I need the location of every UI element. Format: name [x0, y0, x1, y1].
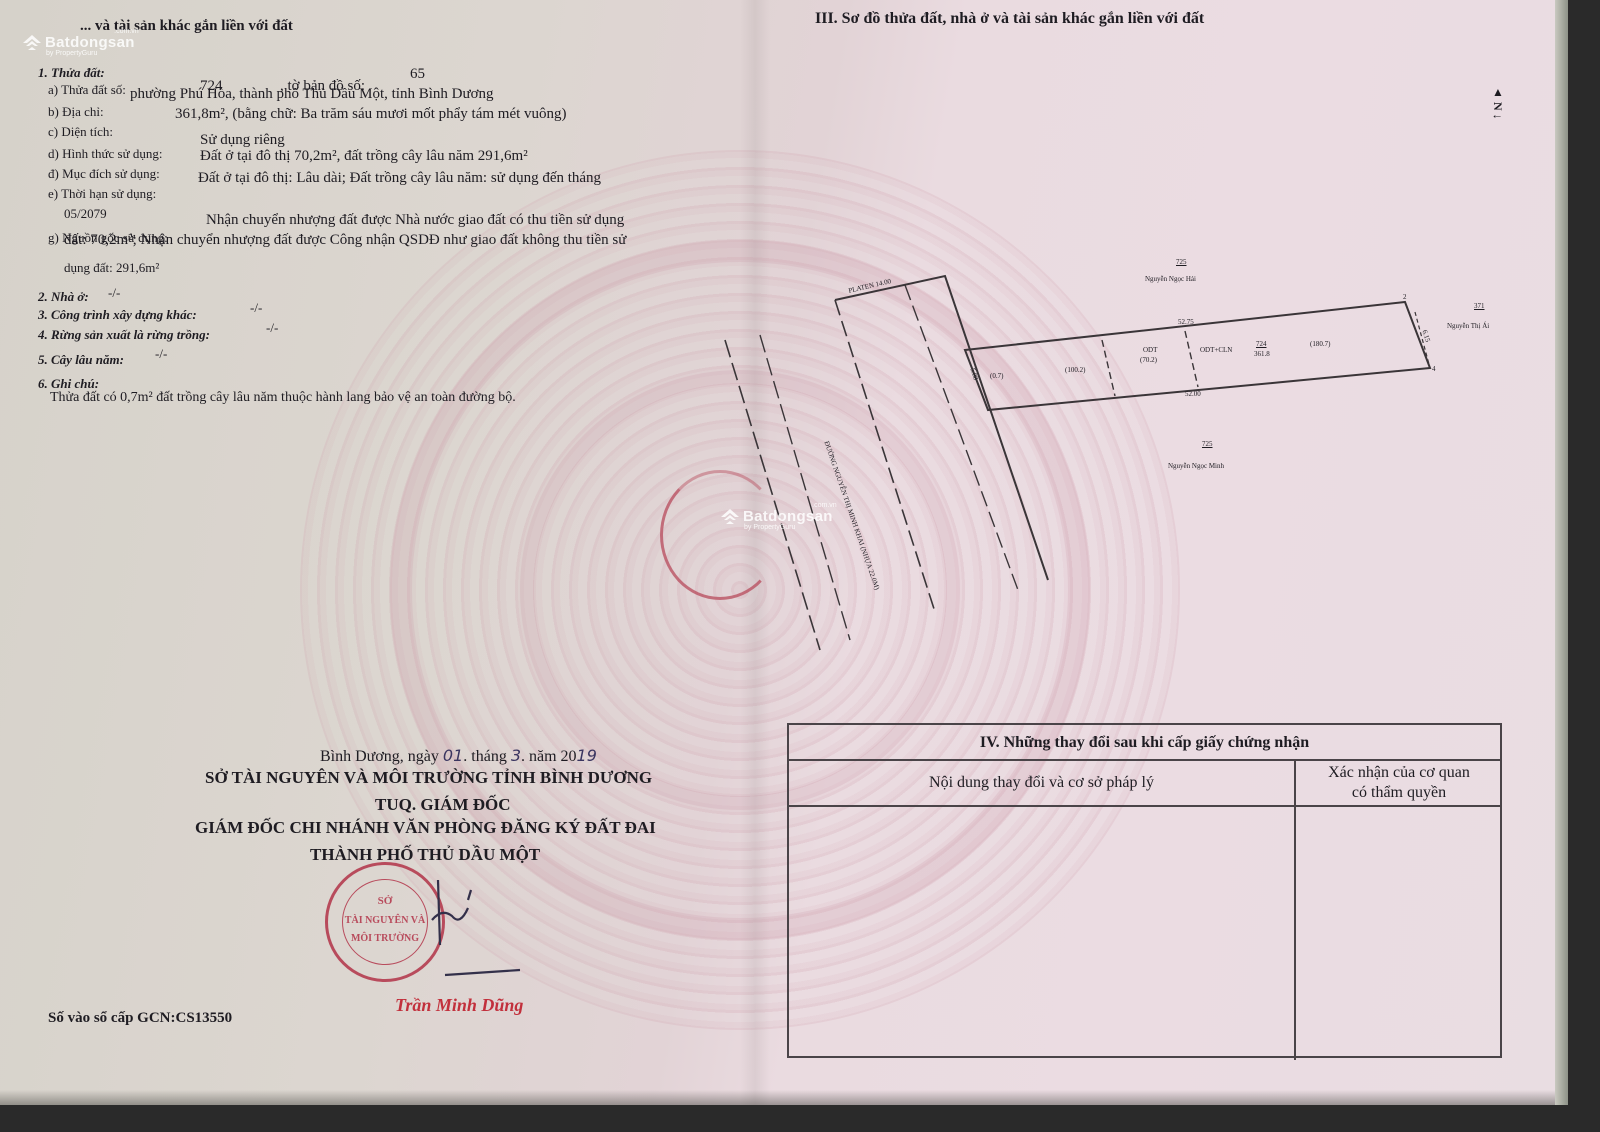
land-certificate-sheet: ... và tài sản khác gắn liền với đất 1. …: [0, 0, 1568, 1105]
south-neighbor-name: Nguyễn Ngọc Minh: [1168, 462, 1224, 470]
parcel-area-diagram: 361.8: [1254, 350, 1270, 358]
south-neighbor-number: 725: [1202, 440, 1213, 448]
changes-table-col-confirmation: Xác nhận của cơ quan có thẩm quyền: [1296, 763, 1502, 803]
changes-table-title: IV. Những thay đổi sau khi cấp giấy chứn…: [789, 725, 1500, 761]
odt-label: ODT: [1143, 346, 1157, 354]
east-neighbor-number: 371: [1474, 302, 1485, 310]
north-neighbor-name: Nguyễn Ngọc Hải: [1145, 275, 1196, 283]
paper-right-edge: [1555, 0, 1568, 1105]
watermark-center: Batdongsan.com.vn by PropertyGuru: [720, 508, 833, 531]
watermark-top-left: Batdongsan.com.vn by PropertyGuru: [22, 34, 135, 57]
odt-area: (70.2): [1140, 356, 1157, 364]
segment-c-area: (180.7): [1310, 340, 1330, 348]
table-divider: [789, 805, 1500, 807]
house-logo-icon: [22, 34, 42, 52]
north-neighbor-number: 725: [1176, 258, 1187, 266]
corner-4: 4: [1432, 365, 1436, 373]
land-use-code: ODT+CLN: [1200, 346, 1232, 354]
top-length: 52.75: [1178, 318, 1194, 326]
paper-edge-shadow: [0, 1090, 1568, 1105]
corner-2: 2: [1403, 293, 1407, 301]
parcel-number-diagram: 724: [1256, 340, 1267, 348]
bottom-length: 52.00: [1185, 390, 1201, 398]
segment-a-area: (0.7): [990, 372, 1003, 380]
changes-table-col-content: Nội dung thay đổi và cơ sở pháp lý: [789, 761, 1294, 805]
changes-table: IV. Những thay đổi sau khi cấp giấy chứn…: [787, 723, 1502, 1058]
house-logo-icon: [720, 508, 740, 526]
segment-b-area: (100.2): [1065, 366, 1085, 374]
east-neighbor-name: Nguyễn Thị Ái: [1447, 322, 1489, 330]
